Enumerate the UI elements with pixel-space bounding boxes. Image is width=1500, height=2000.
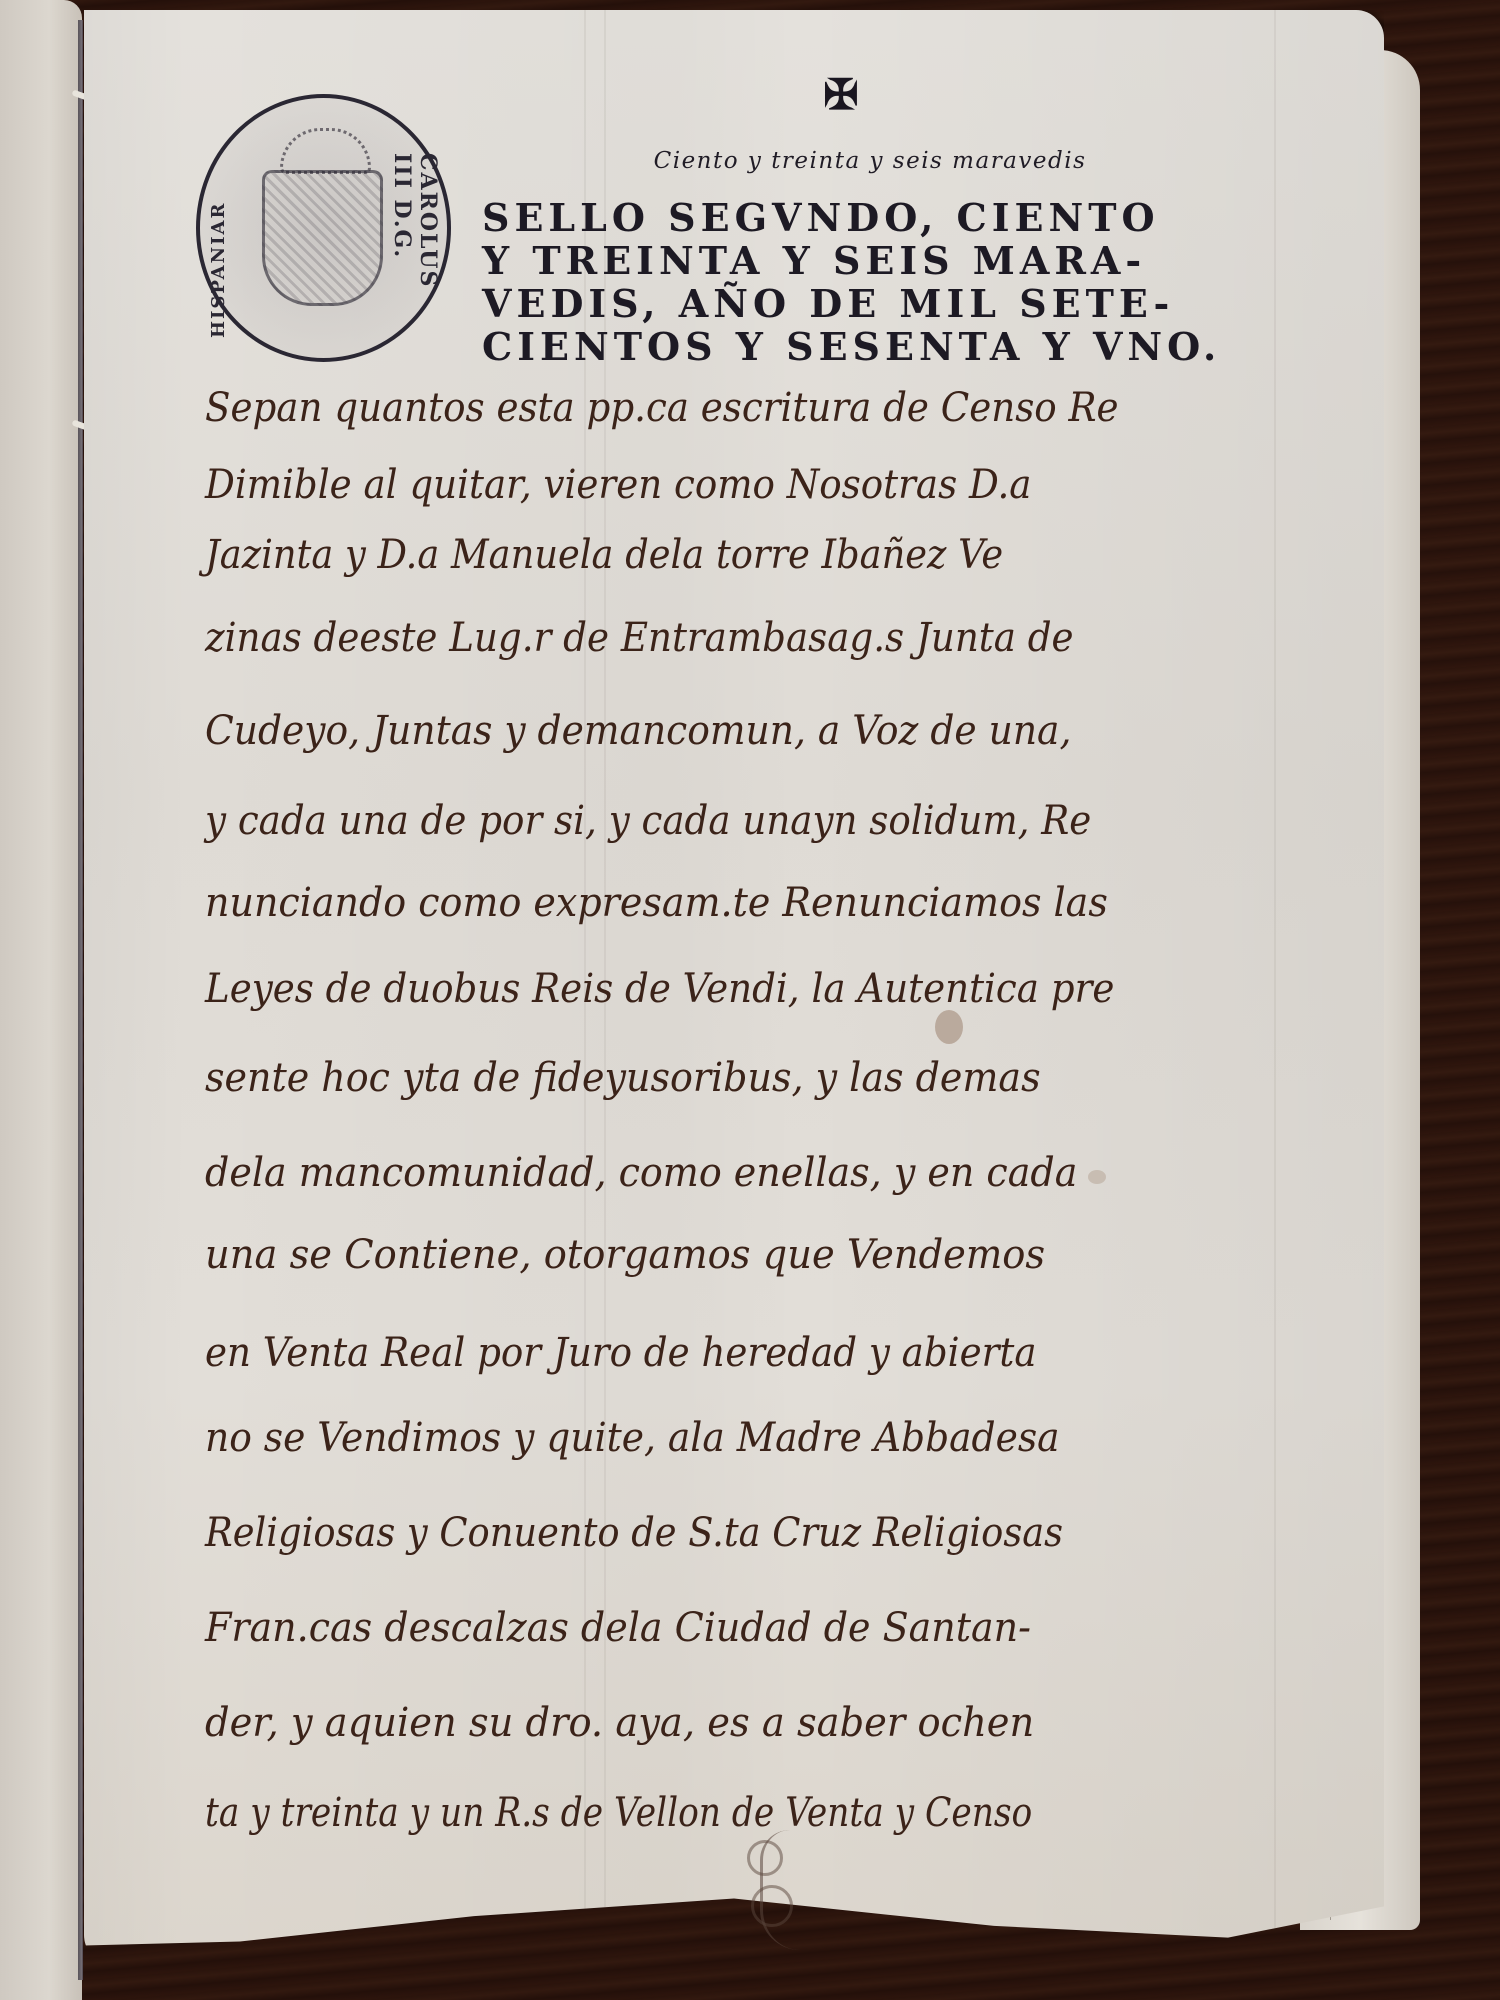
manuscript-line: no se Vendimos y quite, ala Madre Abbade… — [205, 1415, 1060, 1461]
crown-icon — [280, 128, 371, 174]
stamp-line: VEDIS, AÑO DE MIL SETE- — [482, 282, 1242, 325]
manuscript-line: sente hoc yta de fideyusoribus, y las de… — [205, 1055, 1041, 1101]
stamp-text-block: SELLO SEGVNDO, CIENTO Y TREINTA Y SEIS M… — [482, 196, 1242, 368]
coat-of-arms-icon — [262, 170, 383, 306]
manuscript-line: Jazinta y D.a Manuela dela torre Ibañez … — [205, 532, 1003, 578]
manuscript-line: Religiosas y Conuento de S.ta Cruz Relig… — [205, 1510, 1063, 1556]
binding-crease — [78, 20, 83, 1980]
manuscript-line: Dimible al quitar, vieren como Nosotras … — [205, 462, 1031, 508]
previous-page-edge — [0, 0, 82, 2000]
stamp-value-header: Ciento y treinta y seis maravedis — [535, 148, 1205, 174]
manuscript-line: nunciando como expresam.te Renunciamos l… — [205, 880, 1108, 926]
stamp-line: Y TREINTA Y SEIS MARA- — [482, 239, 1242, 282]
stamp-line: CIENTOS Y SESENTA Y VNO. — [482, 325, 1242, 368]
seal-legend-left: HISPANIAR — [208, 218, 238, 338]
manuscript-line: y cada una de por si, y cada unayn solid… — [205, 798, 1091, 844]
ink-stain — [1088, 1170, 1106, 1184]
ink-stain — [935, 1010, 963, 1044]
manuscript-line: en Venta Real por Juro de heredad y abie… — [205, 1330, 1037, 1376]
seal-legend-right: CAROLUS III D.G. — [401, 153, 441, 323]
manuscript-line: ta y treinta y un R.s de Vellon de Venta… — [205, 1790, 1032, 1836]
paper-fold-line — [1274, 10, 1276, 1965]
royal-seal-stamp: CAROLUS III D.G. HISPANIAR — [196, 94, 451, 362]
manuscript-line: Leyes de duobus Reis de Vendi, la Autent… — [205, 966, 1114, 1012]
manuscript-line: Cudeyo, Juntas y demancomun, a Voz de un… — [205, 708, 1071, 754]
stamp-line: SELLO SEGVNDO, CIENTO — [482, 196, 1242, 239]
manuscript-line: der, y aquien su dro. aya, es a saber oc… — [205, 1700, 1034, 1746]
rubric-flourish — [760, 1830, 823, 1950]
cross-icon: ✠ — [818, 72, 864, 118]
manuscript-line: dela mancomunidad, como enellas, y en ca… — [205, 1150, 1077, 1196]
manuscript-line: Sepan quantos esta pp.ca escritura de Ce… — [205, 385, 1119, 431]
manuscript-line: Fran.cas descalzas dela Ciudad de Santan… — [205, 1605, 1031, 1651]
manuscript-line: zinas deeste Lug.r de Entrambasag.s Junt… — [205, 615, 1074, 661]
manuscript-line: una se Contiene, otorgamos que Vendemos — [205, 1232, 1045, 1278]
